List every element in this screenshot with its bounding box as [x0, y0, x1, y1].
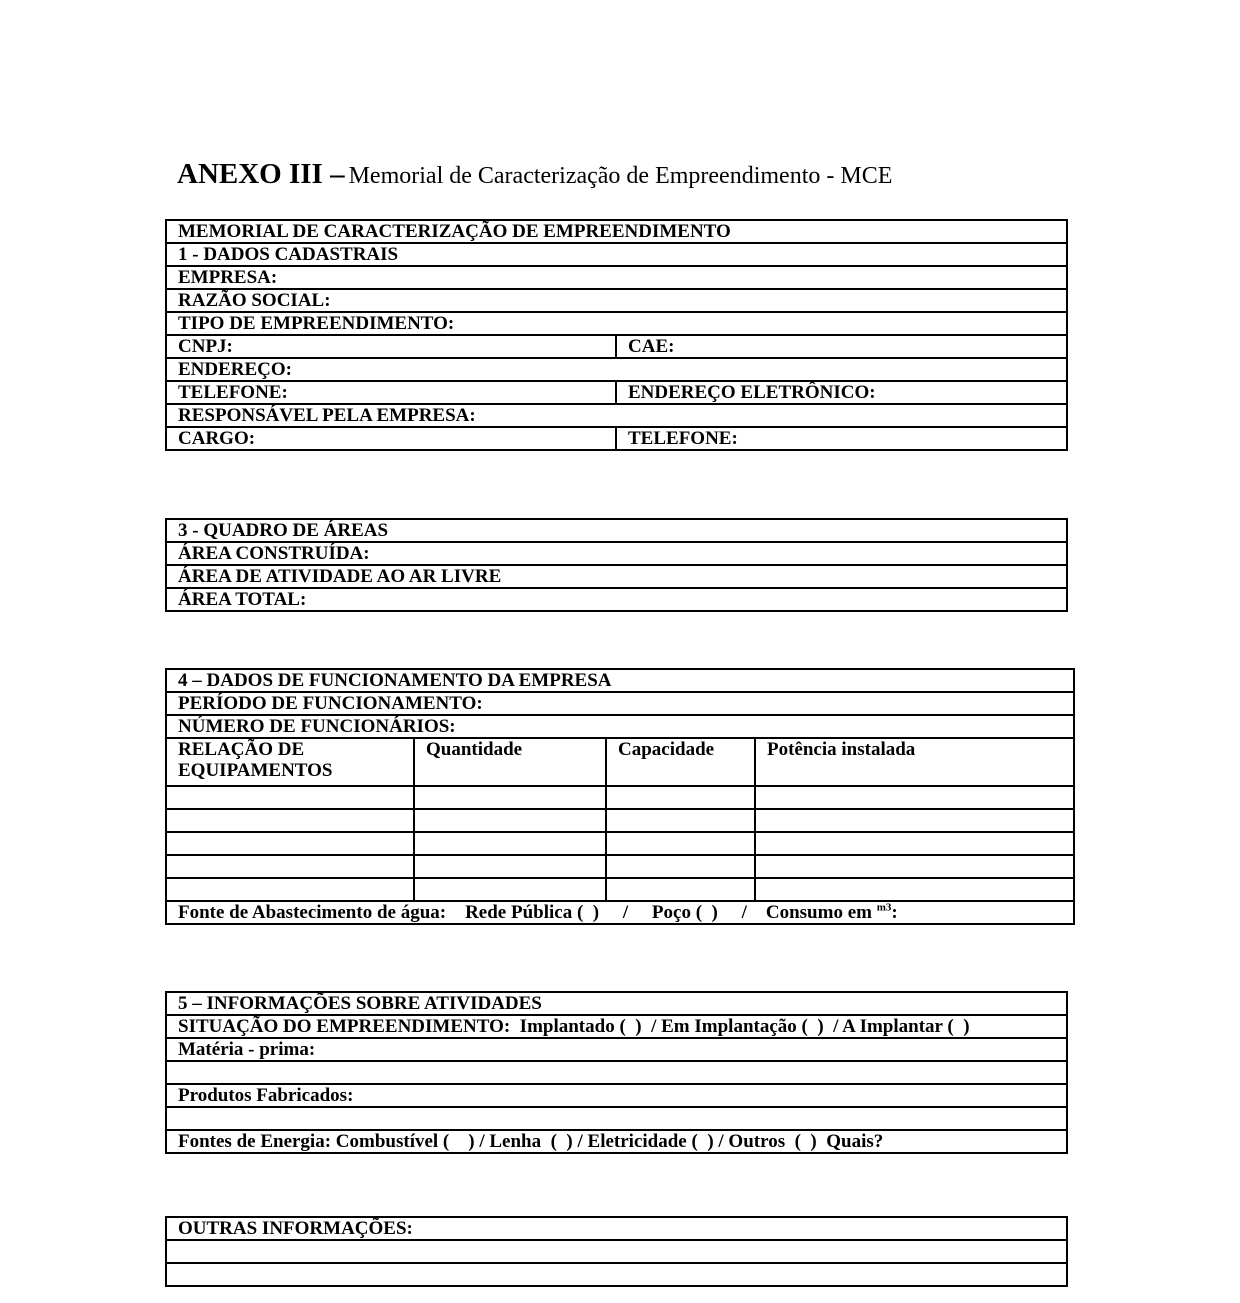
atividades-table: 5 – INFORMAÇÕES SOBRE ATIVIDADES SITUAÇÃ…: [165, 991, 1068, 1154]
equipment-row: [166, 809, 1074, 832]
cnpj-field[interactable]: CNPJ:: [166, 335, 616, 358]
column-header: Potência instalada: [755, 738, 1074, 786]
equipment-cell[interactable]: [755, 809, 1074, 832]
funcionamento-table: 4 – DADOS DE FUNCIONAMENTO DA EMPRESA PE…: [165, 668, 1075, 925]
equipment-cell[interactable]: [166, 832, 414, 855]
equipment-cell[interactable]: [414, 878, 606, 901]
section-title: 3 - QUADRO DE ÁREAS: [166, 519, 1067, 542]
endereco-field[interactable]: ENDEREÇO:: [166, 358, 1067, 381]
column-header: Quantidade: [414, 738, 606, 786]
column-header: Capacidade: [606, 738, 755, 786]
materia-prima-field[interactable]: [166, 1061, 1067, 1084]
cae-field[interactable]: CAE:: [616, 335, 1067, 358]
cargo-field[interactable]: CARGO:: [166, 427, 616, 450]
quadro-areas-table: 3 - QUADRO DE ÁREAS ÁREA CONSTRUÍDA: ÁRE…: [165, 518, 1068, 612]
section-title: OUTRAS INFORMAÇÕES:: [166, 1217, 1067, 1240]
periodo-field[interactable]: PERÍODO DE FUNCIONAMENTO:: [166, 692, 1074, 715]
telefone-field[interactable]: TELEFONE:: [166, 381, 616, 404]
equipment-cell[interactable]: [755, 878, 1074, 901]
materia-prima-label: Matéria - prima:: [166, 1038, 1067, 1061]
agua-field[interactable]: Fonte de Abastecimento de água: Rede Púb…: [166, 901, 1074, 924]
equipment-cell[interactable]: [606, 878, 755, 901]
equipment-cell[interactable]: [606, 855, 755, 878]
equipment-cell[interactable]: [755, 832, 1074, 855]
page-title: ANEXO III – Memorial de Caracterização d…: [177, 158, 892, 191]
equipment-cell[interactable]: [166, 855, 414, 878]
produtos-field[interactable]: [166, 1107, 1067, 1130]
outras-informacoes-table: OUTRAS INFORMAÇÕES:: [165, 1216, 1068, 1287]
equipment-row: [166, 786, 1074, 809]
equipment-row: [166, 855, 1074, 878]
produtos-label: Produtos Fabricados:: [166, 1084, 1067, 1107]
form-header: MEMORIAL DE CARACTERIZAÇÃO DE EMPREENDIM…: [166, 220, 1067, 243]
equipment-cell[interactable]: [606, 832, 755, 855]
outras-line[interactable]: [166, 1240, 1067, 1263]
tipo-field[interactable]: TIPO DE EMPREENDIMENTO:: [166, 312, 1067, 335]
section-title: 5 – INFORMAÇÕES SOBRE ATIVIDADES: [166, 992, 1067, 1015]
section-title: 4 – DADOS DE FUNCIONAMENTO DA EMPRESA: [166, 669, 1074, 692]
energia-field[interactable]: Fontes de Energia: Combustível ( ) / Len…: [166, 1130, 1067, 1153]
outras-line[interactable]: [166, 1263, 1067, 1286]
equipment-cell[interactable]: [755, 855, 1074, 878]
dados-cadastrais-table: MEMORIAL DE CARACTERIZAÇÃO DE EMPREENDIM…: [165, 219, 1068, 451]
equipment-cell[interactable]: [606, 809, 755, 832]
equipment-cell[interactable]: [414, 786, 606, 809]
column-header: RELAÇÃO DE EQUIPAMENTOS: [166, 738, 414, 786]
area-ar-livre-field[interactable]: ÁREA DE ATIVIDADE AO AR LIVRE: [166, 565, 1067, 588]
empresa-field[interactable]: EMPRESA:: [166, 266, 1067, 289]
situacao-field[interactable]: SITUAÇÃO DO EMPREENDIMENTO: Implantado (…: [166, 1015, 1067, 1038]
telefone2-field[interactable]: TELEFONE:: [616, 427, 1067, 450]
equipment-cell[interactable]: [166, 786, 414, 809]
area-total-field[interactable]: ÁREA TOTAL:: [166, 588, 1067, 611]
equipment-row: [166, 832, 1074, 855]
equipment-cell[interactable]: [755, 786, 1074, 809]
equipment-cell[interactable]: [414, 832, 606, 855]
equipment-row: [166, 878, 1074, 901]
equipment-cell[interactable]: [414, 809, 606, 832]
equipment-cell[interactable]: [606, 786, 755, 809]
razao-social-field[interactable]: RAZÃO SOCIAL:: [166, 289, 1067, 312]
equipment-cell[interactable]: [414, 855, 606, 878]
funcionarios-field[interactable]: NÚMERO DE FUNCIONÁRIOS:: [166, 715, 1074, 738]
area-construida-field[interactable]: ÁREA CONSTRUÍDA:: [166, 542, 1067, 565]
responsavel-field[interactable]: RESPONSÁVEL PELA EMPRESA:: [166, 404, 1067, 427]
section-title: 1 - DADOS CADASTRAIS: [166, 243, 1067, 266]
equipment-cell[interactable]: [166, 878, 414, 901]
equipment-cell[interactable]: [166, 809, 414, 832]
email-field[interactable]: ENDEREÇO ELETRÔNICO:: [616, 381, 1067, 404]
